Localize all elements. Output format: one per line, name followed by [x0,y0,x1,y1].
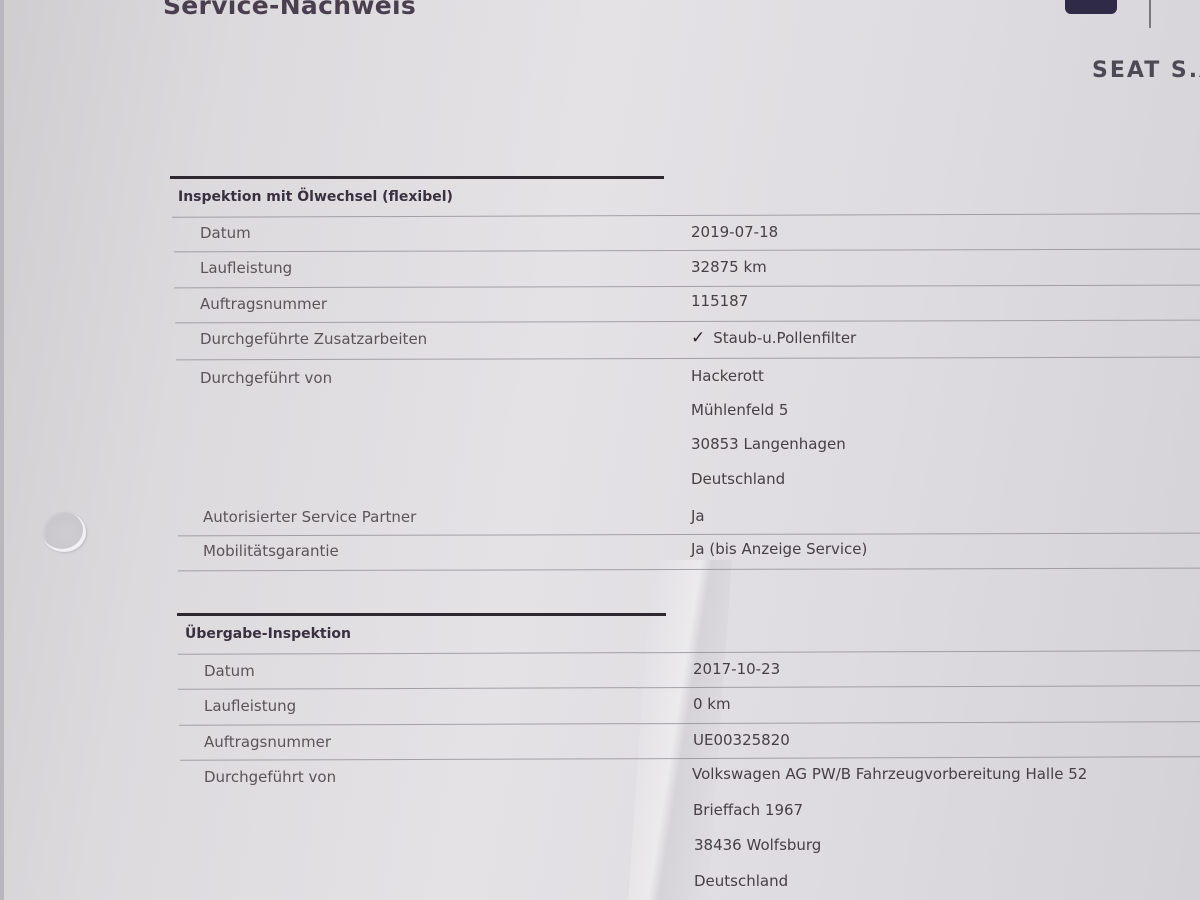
row-label: Autorisierter Service Partner [203,508,416,526]
row-divider [174,249,1200,253]
row-label: Durchgeführte Zusatzarbeiten [200,330,427,348]
address-line: Mühlenfeld 5 [691,401,788,419]
row-divider [172,213,1200,218]
address-line: Hackerott [691,367,764,385]
row-value: 0 km [693,695,731,713]
row-label: Durchgeführt von [200,369,332,387]
header-divider [1149,0,1151,28]
address-line: 30853 Langenhagen [691,435,846,453]
page-edge [0,0,4,900]
row-divider [178,533,1200,537]
row-value: UE00325820 [693,731,790,749]
section-rule [177,613,666,616]
document-title: Service-Nachweis [163,0,416,20]
row-value: 32875 km [691,258,767,276]
row-label: Durchgeführt von [204,768,336,786]
row-divider [175,320,1200,324]
seat-logo-icon [1065,0,1117,14]
section-rule [170,176,664,179]
row-label: Laufleistung [204,697,296,715]
address-line: 38436 Wolfsburg [694,836,821,854]
row-label: Datum [200,224,251,242]
checkmark-icon: ✓ [691,328,705,348]
row-value: Ja (bis Anzeige Service) [691,540,867,558]
row-divider [176,357,1200,361]
row-label: Datum [204,662,255,680]
row-divider [174,285,1200,289]
address-line: Deutschland [694,872,788,890]
row-label: Laufleistung [200,259,292,277]
section-title: Übergabe-Inspektion [185,626,351,642]
row-label: Auftragsnummer [204,733,331,751]
address-line: Volkswagen AG PW/B Fahrzeugvorbereitung … [692,765,1087,783]
row-value: ✓Staub-u.Pollenfilter [691,328,856,348]
section-title: Inspektion mit Ölwechsel (flexibel) [178,189,453,205]
address-line: Brieffach 1967 [693,801,803,819]
row-label: Mobilitätsgarantie [203,542,339,560]
row-value: 115187 [691,292,748,310]
row-value: 2019-07-18 [691,223,778,241]
row-value: 2017-10-23 [693,660,780,678]
row-label: Auftragsnummer [200,295,327,313]
row-value: Ja [691,507,705,525]
address-line: Deutschland [691,470,785,488]
company-name: SEAT S.A [1092,58,1200,83]
extra-work-item: Staub-u.Pollenfilter [713,329,856,347]
punch-hole [42,512,86,552]
